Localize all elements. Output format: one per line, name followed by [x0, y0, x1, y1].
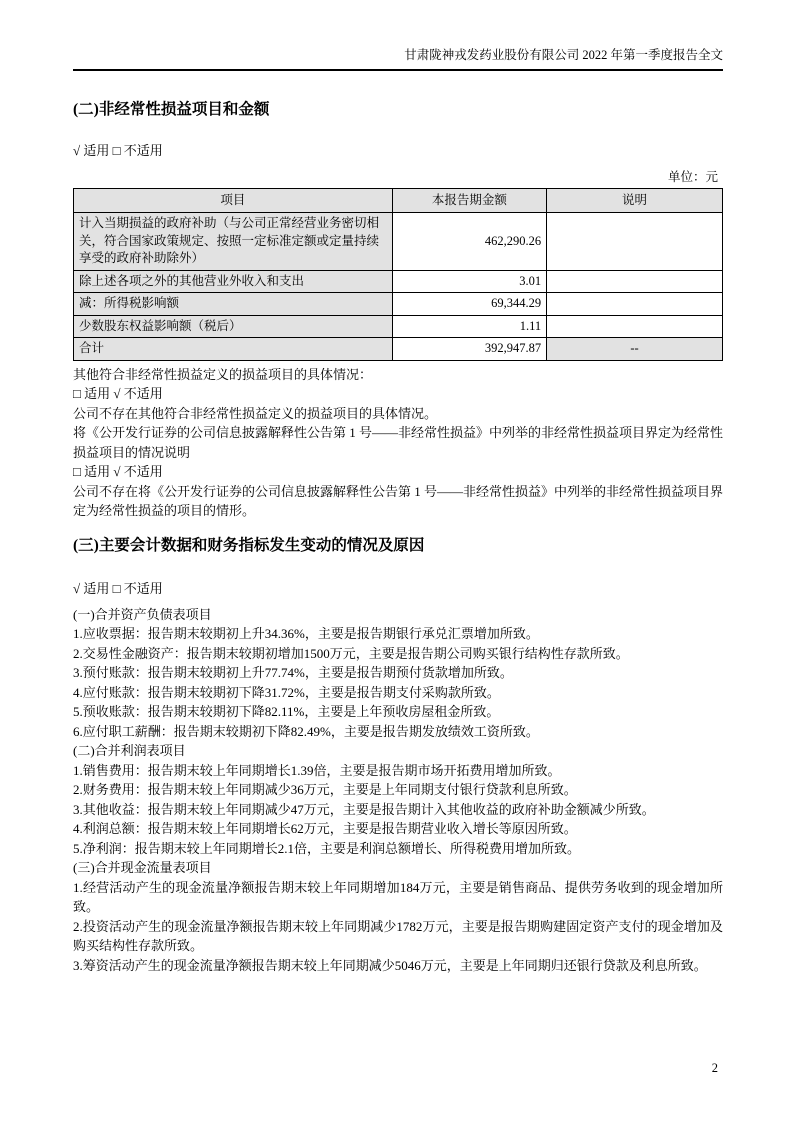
amount-cell: 1.11: [392, 315, 546, 338]
amount-cell: 3.01: [392, 270, 546, 293]
item-cell: 减：所得税影响额: [74, 293, 393, 316]
table-row-other-income: 除上述各项之外的其他营业外收入和支出 3.01: [74, 270, 723, 293]
page-number: 2: [712, 1061, 718, 1076]
paragraph-trading-financial-assets: 2.交易性金融资产：报告期末较期初增加1500万元，主要是报告期公司购买银行结构…: [73, 644, 723, 664]
note-cell: [547, 270, 723, 293]
note-cell: [547, 293, 723, 316]
paragraph-prepayments: 3.预付账款：报告期末较期初上升77.74%，主要是报告期预付货款增加所致。: [73, 663, 723, 683]
table-row-total: 合计 392,947.87 --: [74, 338, 723, 361]
table-header-row: 项目 本报告期金额 说明: [74, 189, 723, 213]
note-cell: [547, 213, 723, 271]
paragraph-notes-receivable: 1.应收票据：报告期末较期初上升34.36%，主要是报告期银行承兑汇票增加所致。: [73, 624, 723, 644]
paragraph-total-profit: 4.利润总额：报告期末较上年同期增长62万元，主要是报告期营业收入增长等原因所致…: [73, 819, 723, 839]
report-header: 甘肃陇神戎发药业股份有限公司 2022 年第一季度报告全文: [73, 48, 723, 71]
subheading-balance-sheet: (一)合并资产负债表项目: [73, 605, 723, 625]
paragraph-financing-cash-flow: 3.筹资活动产生的现金流量净额报告期末较上年同期减少5046万元，主要是上年同期…: [73, 956, 723, 976]
paragraph-advances-received: 5.预收账款：报告期末较期初下降82.11%，主要是上年预收房屋租金所致。: [73, 702, 723, 722]
applicability-line-nonrecurring: √ 适用 □ 不适用: [73, 141, 723, 160]
note-applicability-2: □ 适用 √ 不适用: [73, 462, 723, 482]
table-row-minority-interest-effect: 少数股东权益影响额（税后） 1.11: [74, 315, 723, 338]
col-header-note: 说明: [547, 189, 723, 213]
unit-label: 单位：元: [73, 169, 723, 185]
note-cell: [547, 315, 723, 338]
note-applicability-1: □ 适用 √ 不适用: [73, 384, 723, 404]
section-changes-title: (三)主要会计数据和财务指标发生变动的情况及原因: [73, 536, 723, 556]
paragraph-investing-cash-flow: 2.投资活动产生的现金流量净额报告期末较上年同期减少1782万元，主要是报告期购…: [73, 917, 723, 956]
subheading-income-statement: (二)合并利润表项目: [73, 741, 723, 761]
report-header-text: 甘肃陇神戎发药业股份有限公司 2022 年第一季度报告全文: [404, 48, 723, 62]
total-item-cell: 合计: [74, 338, 393, 361]
col-header-item: 项目: [74, 189, 393, 213]
note-no-other-items: 公司不存在其他符合非经常性损益定义的损益项目的具体情况。: [73, 404, 723, 424]
paragraph-selling-expenses: 1.销售费用：报告期末较上年同期增长1.39倍，主要是报告期市场开拓费用增加所致…: [73, 761, 723, 781]
paragraph-other-income: 3.其他收益：报告期末较上年同期减少47万元，主要是报告期计入其他收益的政府补助…: [73, 800, 723, 820]
item-cell: 计入当期损益的政府补助（与公司正常经营业务密切相关，符合国家政策规定、按照一定标…: [74, 213, 393, 271]
table-row-income-tax-effect: 减：所得税影响额 69,344.29: [74, 293, 723, 316]
paragraph-employee-compensation: 6.应付职工薪酬：报告期末较期初下降82.49%，主要是报告期发放绩效工资所致。: [73, 722, 723, 742]
note-other-items-detail: 其他符合非经常性损益定义的损益项目的具体情况：: [73, 365, 723, 385]
item-cell: 少数股东权益影响额（税后）: [74, 315, 393, 338]
paragraph-financial-expenses: 2.财务费用：报告期末较上年同期减少36万元，主要是上年同期支付银行贷款利息所致…: [73, 780, 723, 800]
note-reclassification-statement: 将《公开发行证券的公司信息披露解释性公告第 1 号——非经常性损益》中列举的非经…: [73, 423, 723, 462]
changes-paragraphs: (一)合并资产负债表项目 1.应收票据：报告期末较期初上升34.36%，主要是报…: [73, 605, 723, 976]
item-cell: 除上述各项之外的其他营业外收入和支出: [74, 270, 393, 293]
paragraph-net-profit: 5.净利润：报告期末较上年同期增长2.1倍，主要是利润总额增长、所得税费用增加所…: [73, 839, 723, 859]
subheading-cash-flow: (三)合并现金流量表项目: [73, 858, 723, 878]
nonrecurring-items-table: 项目 本报告期金额 说明 计入当期损益的政府补助（与公司正常经营业务密切相关，符…: [73, 188, 723, 361]
total-note-cell: --: [547, 338, 723, 361]
report-page: 甘肃陇神戎发药业股份有限公司 2022 年第一季度报告全文 (二)非经常性损益项…: [0, 0, 793, 1122]
total-amount-cell: 392,947.87: [392, 338, 546, 361]
col-header-amount: 本报告期金额: [392, 189, 546, 213]
applicability-line-changes: √ 适用 □ 不适用: [73, 579, 723, 598]
amount-cell: 462,290.26: [392, 213, 546, 271]
paragraph-operating-cash-flow: 1.经营活动产生的现金流量净额报告期末较上年同期增加184万元，主要是销售商品、…: [73, 878, 723, 917]
section-nonrecurring-title: (二)非经常性损益项目和金额: [73, 100, 723, 120]
table-row-government-subsidy: 计入当期损益的政府补助（与公司正常经营业务密切相关，符合国家政策规定、按照一定标…: [74, 213, 723, 271]
paragraph-accounts-payable: 4.应付账款：报告期末较期初下降31.72%，主要是报告期支付采购款所致。: [73, 683, 723, 703]
note-no-reclassification: 公司不存在将《公开发行证券的公司信息披露解释性公告第 1 号——非经常性损益》中…: [73, 482, 723, 521]
amount-cell: 69,344.29: [392, 293, 546, 316]
